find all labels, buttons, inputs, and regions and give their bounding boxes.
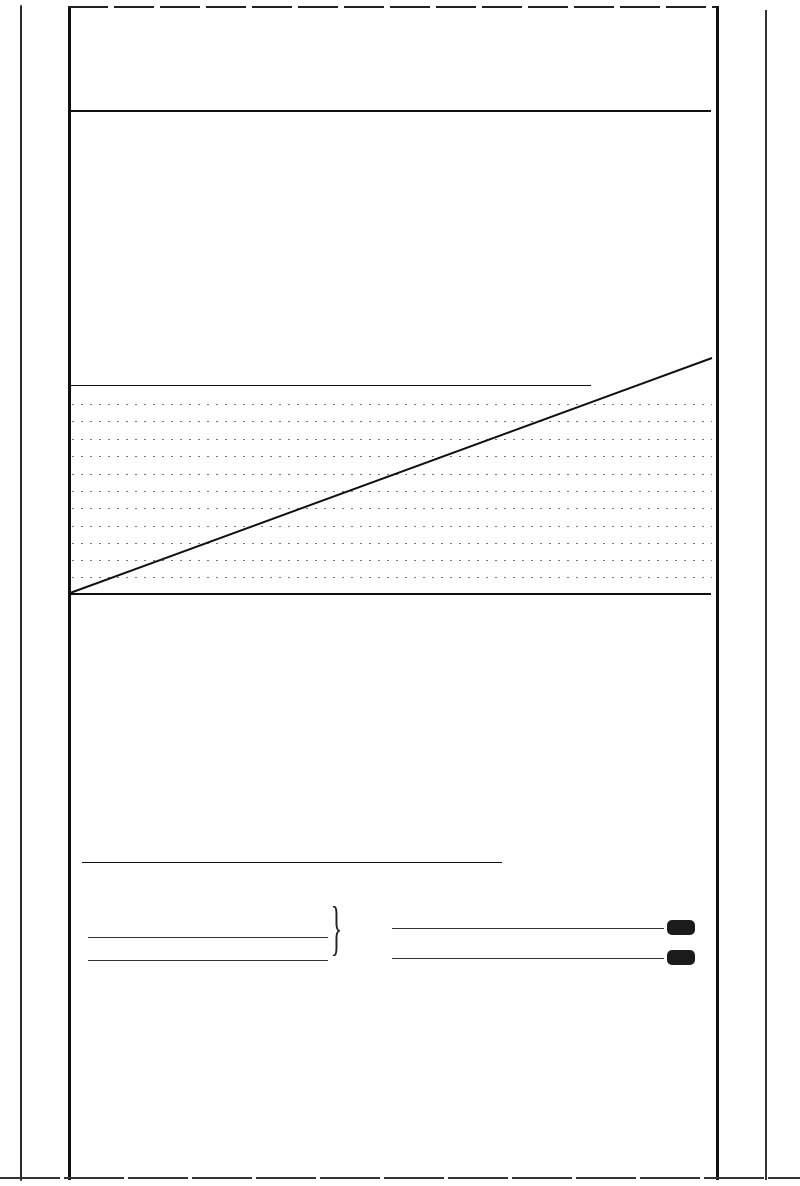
blank-area-bottom-rule: [71, 593, 711, 595]
page-edge-right: [765, 10, 767, 1180]
second-signature-line: [392, 958, 664, 959]
top-rule: [68, 6, 716, 8]
witness-line-2: [88, 960, 328, 961]
bottom-rule: [0, 1177, 800, 1179]
seal-badge-1: [667, 920, 695, 935]
description-end-rule: [71, 385, 591, 386]
seal-badge-2: [667, 950, 695, 965]
warranty-rule: [82, 862, 502, 863]
page-edge-left: [20, 5, 22, 1181]
witness-brace: }: [331, 898, 343, 958]
header-divider: [71, 110, 711, 112]
grantor-signature-line: [392, 928, 664, 929]
witness-line-1: [88, 937, 328, 938]
